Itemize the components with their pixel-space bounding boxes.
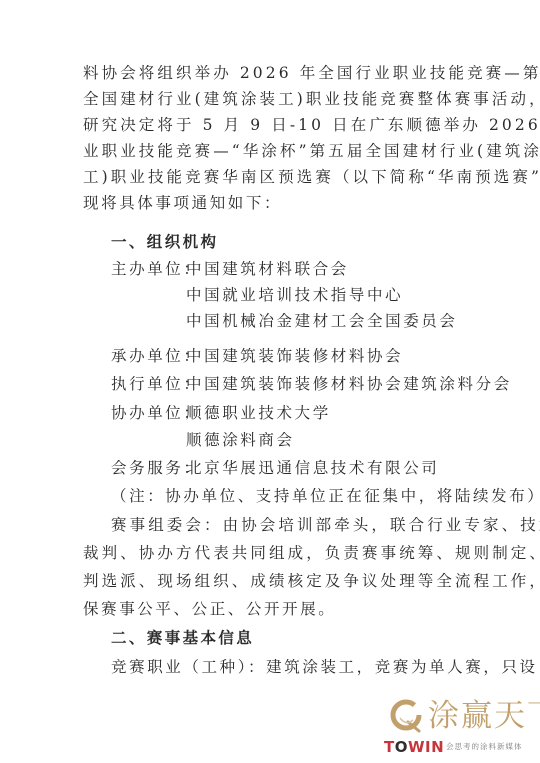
watermark-name-cn: 涂赢天下 xyxy=(428,696,540,736)
co-organizer-2: 顺德涂料商会 xyxy=(186,430,295,450)
watermark-name-en: TOWIN xyxy=(384,739,444,755)
brush-circle-logo-icon xyxy=(388,698,424,734)
host-3: 中国机械冶金建材工会全国委员会 xyxy=(186,311,458,331)
intro-line-6: 现将具体事项通知如下： xyxy=(83,193,282,213)
watermark-en-o: O xyxy=(395,738,408,756)
watermark-en-win: WIN xyxy=(408,738,444,756)
intro-line-4: 业职业技能竞赛—“华涂杯”第五届全国建材行业(建筑涂装 xyxy=(83,141,540,161)
service-provider: 北京华展迅通信息技术有限公司 xyxy=(186,458,439,478)
co-organizer-1: 顺德职业技术大学 xyxy=(186,403,331,423)
watermark-en-t: T xyxy=(384,738,395,756)
organizer: 中国建筑装饰装修材料协会 xyxy=(186,346,403,366)
host-2: 中国就业培训技术指导中心 xyxy=(186,285,403,305)
host-1: 中国建筑材料联合会 xyxy=(186,259,349,279)
note: （注：协办单位、支持单位正在征集中，将陆续发布） xyxy=(111,486,540,506)
section2-first-line: 竞赛职业（工种）：建筑涂装工，竞赛为单人赛，只设 xyxy=(111,657,538,677)
committee-line-4: 保赛事公平、公正、公开开展。 xyxy=(83,599,336,619)
intro-line-1: 料协会将组织举办 2026 年全国行业职业技能竞赛—第五届 xyxy=(83,63,540,83)
section-heading-organization: 一、组织机构 xyxy=(111,232,218,252)
committee-line-2: 裁判、协办方代表共同组成，负责赛事统筹、规则制定、裁 xyxy=(83,543,540,563)
document-page: 料协会将组织举办 2026 年全国行业职业技能竞赛—第五届 全国建材行业(建筑涂… xyxy=(0,0,540,763)
intro-line-3: 研究决定将于 5 月 9 日-10 日在广东顺德举办 2026 年全国行 xyxy=(83,115,540,135)
intro-line-2: 全国建材行业(建筑涂装工)职业技能竞赛整体赛事活动，经 xyxy=(83,89,540,109)
watermark-logo: 涂赢天下 TOWIN 会思考的涂料新媒体 xyxy=(388,696,538,760)
watermark-tagline: 会思考的涂料新媒体 xyxy=(446,742,523,752)
committee-line-1: 赛事组委会：由协会培训部牵头，联合行业专家、技术 xyxy=(111,515,540,535)
intro-line-5: 工)职业技能竞赛华南区预选赛（以下简称“华南预选赛”）， xyxy=(83,167,540,187)
committee-line-3: 判选派、现场组织、成绩核定及争议处理等全流程工作，确 xyxy=(83,571,540,591)
executor: 中国建筑装饰装修材料协会建筑涂料分会 xyxy=(186,374,512,394)
section-heading-basic-info: 二、赛事基本信息 xyxy=(111,628,254,648)
